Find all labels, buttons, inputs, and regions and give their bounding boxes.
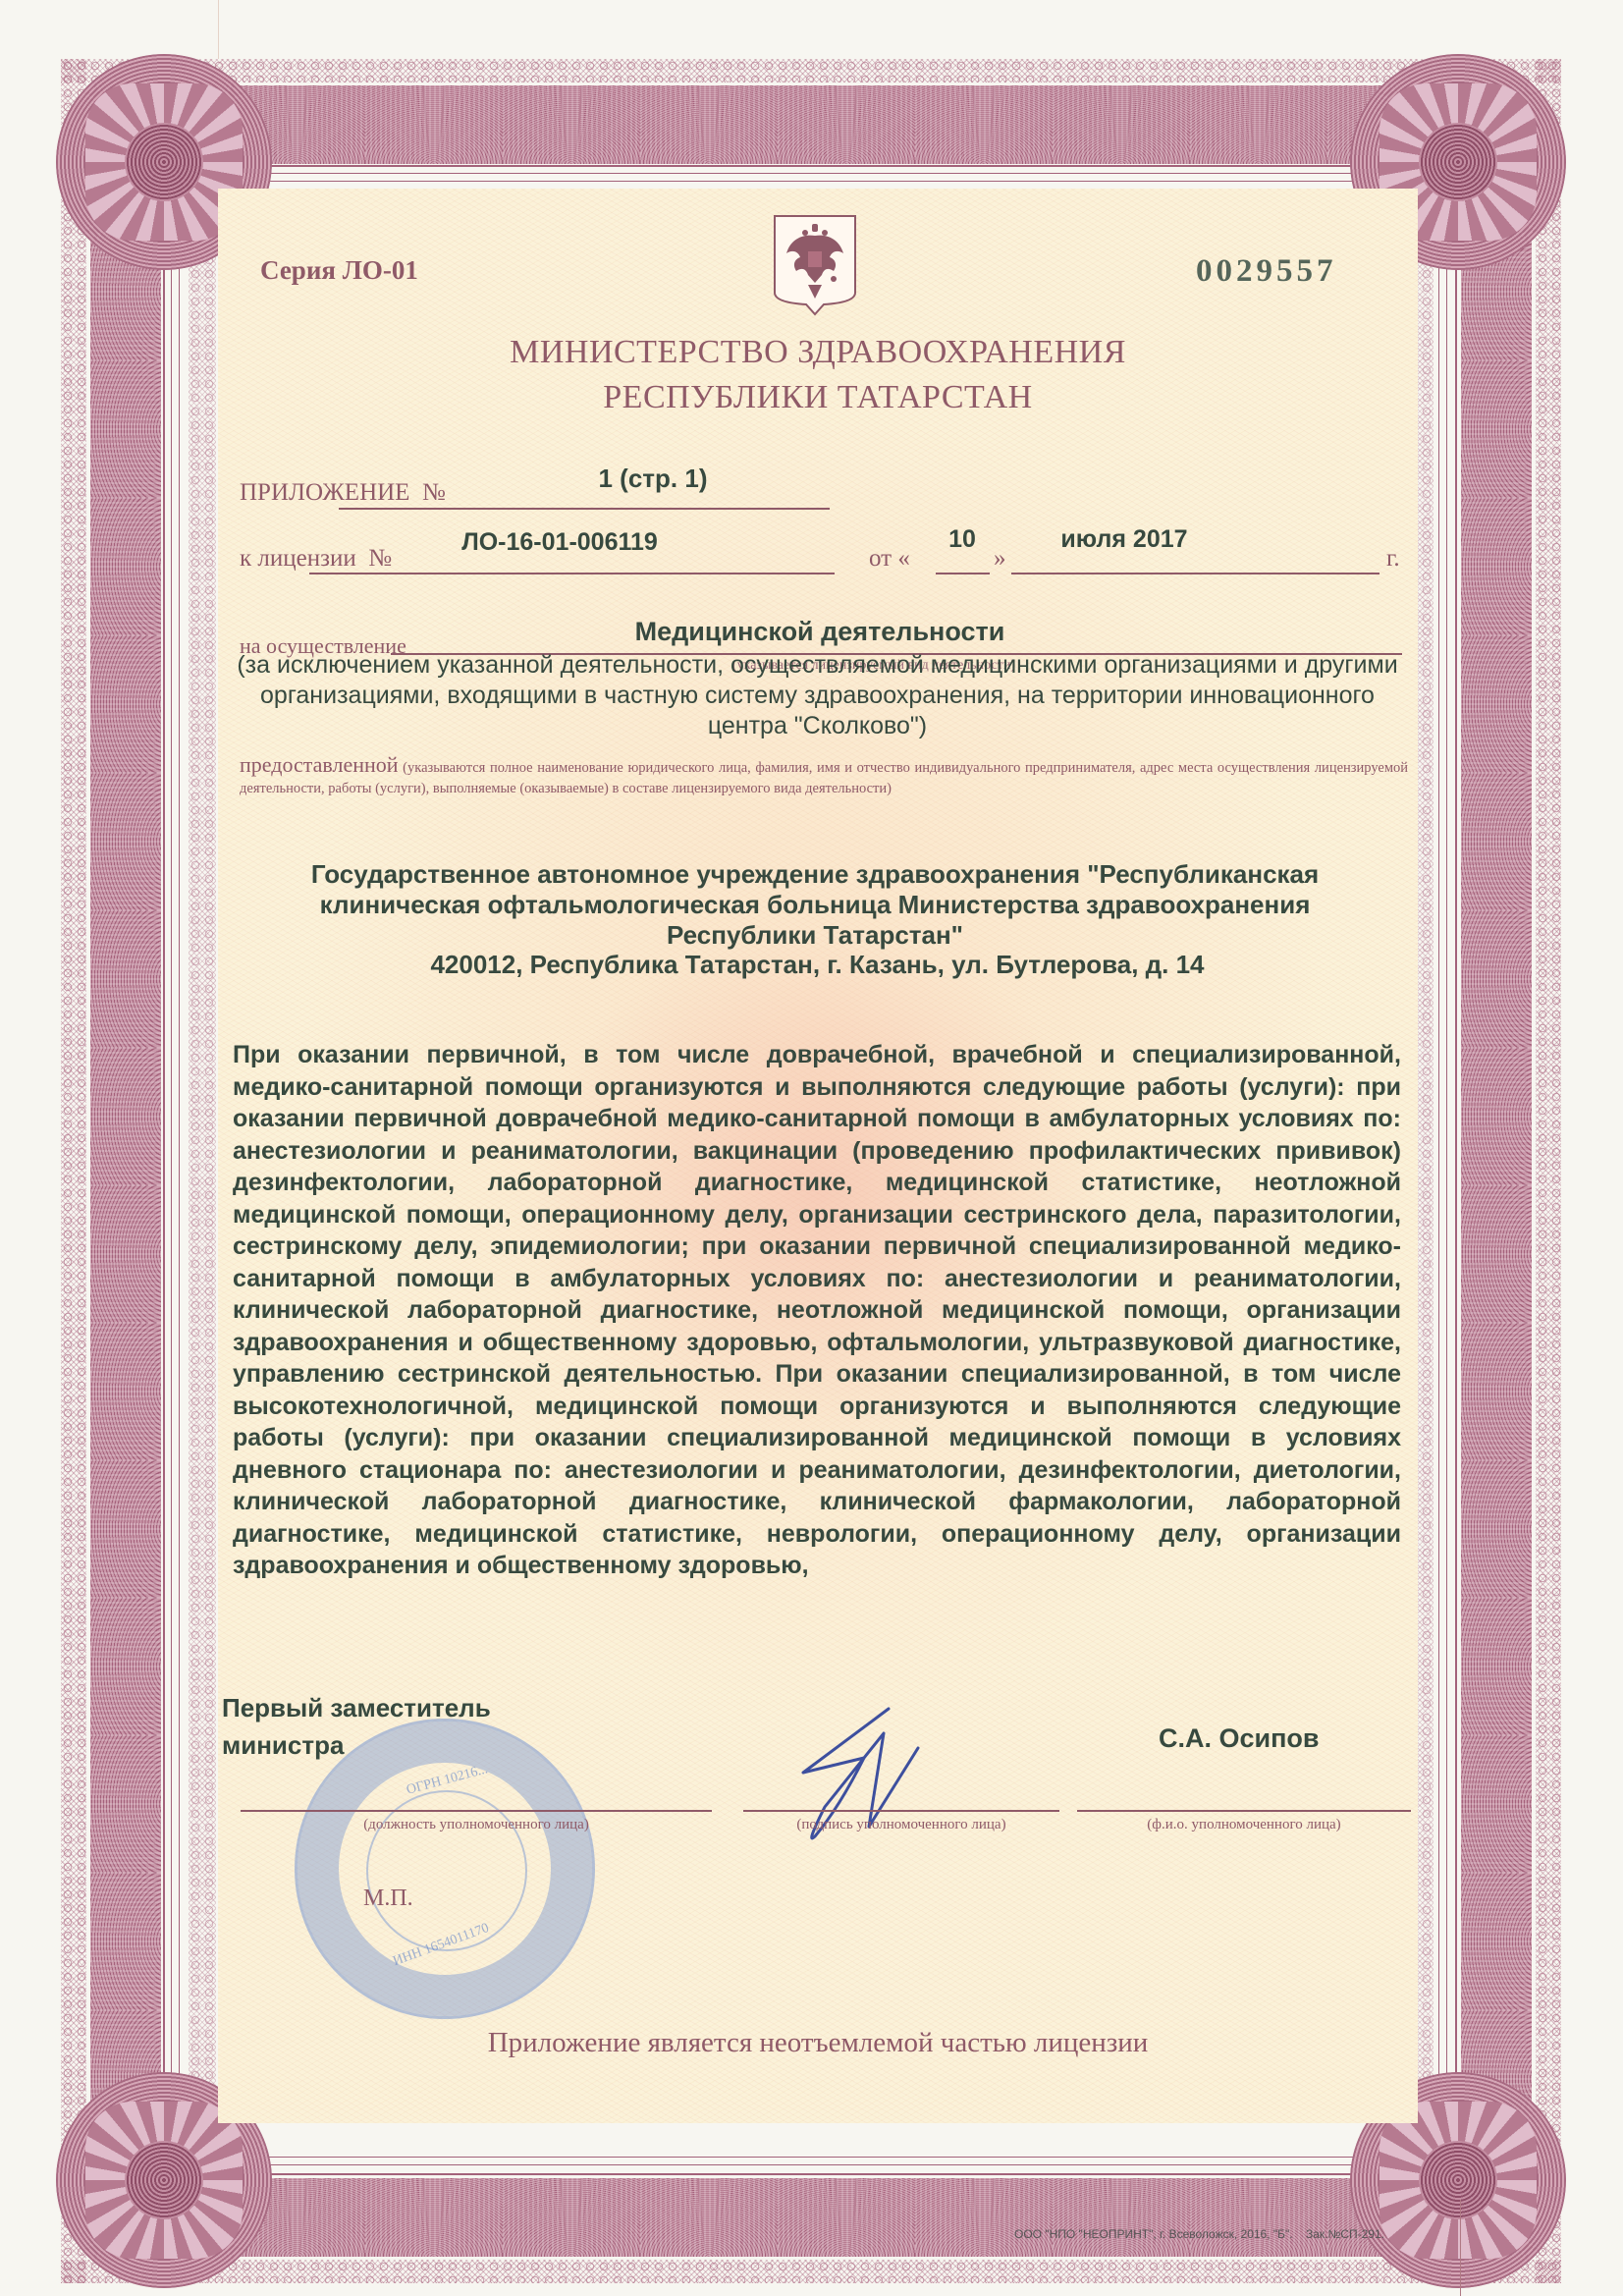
position-caption: (должность уполномоченного лица) (241, 1817, 712, 1833)
number-sign: № (368, 545, 392, 572)
signature-underline (743, 1810, 1059, 1812)
signatory-position: Первый заместитель министра (222, 1689, 491, 1764)
position-underline (241, 1810, 712, 1812)
printer-imprint: ООО "НПО "НЕОПРИНТ", г. Всеволожск, 2016… (1014, 2227, 1384, 2241)
license-number-underline (309, 573, 835, 574)
year-suffix: г. (1386, 545, 1400, 573)
frame-band-right (1461, 85, 1532, 2257)
number-sign: № (422, 479, 446, 506)
name-caption: (ф.и.о. уполномоченного лица) (1077, 1817, 1411, 1833)
license-month-year-value: июля 2017 (1041, 525, 1208, 554)
frame-lace-top (61, 59, 1561, 82)
provided-label: предоставленной (240, 752, 399, 777)
frame-lace-bottom (61, 2260, 1561, 2283)
frame-band-bottom (90, 2178, 1532, 2257)
license-date-from: от « (869, 545, 910, 573)
name-underline (1077, 1810, 1411, 1812)
frame-lace-right (1536, 59, 1561, 2283)
scan-fold-line (218, 0, 219, 59)
license-number-value: ЛО-16-01-006119 (412, 528, 707, 557)
organization-name: Государственное автономное учреждение зд… (245, 859, 1384, 951)
frame-lace-left (61, 59, 86, 2283)
appendix-label: ПРИЛОЖЕНИЕ № (240, 479, 446, 507)
day-underline (936, 573, 990, 574)
series-label: Серия ЛО-01 (260, 255, 418, 286)
signatory-position-line1: Первый заместитель (222, 1689, 491, 1726)
russian-coat-of-arms-icon (773, 214, 857, 316)
license-day-value: 10 (933, 525, 992, 554)
license-label-text: к лицензии (240, 545, 356, 572)
appendix-label-text: ПРИЛОЖЕНИЕ (240, 479, 409, 506)
frame-band-top (90, 85, 1532, 164)
appendix-number-underline (339, 508, 830, 510)
open-quote: « (897, 545, 910, 572)
close-quote: » (994, 545, 1006, 573)
frame-inner-lace-left (189, 185, 216, 2154)
ministry-name-line2: РЕСПУБЛИКИ ТАТАРСТАН (218, 379, 1418, 416)
activity-title: Медицинской деятельности (236, 617, 1404, 647)
license-label: к лицензии № (240, 545, 392, 573)
provided-caption: (указываются полное наименование юридиче… (240, 760, 1408, 796)
scan-fold-line (1460, 2200, 1461, 2296)
activity-exclusion-text: (за исключением указанной деятельности, … (236, 650, 1399, 741)
form-number: 0029557 (1196, 253, 1337, 290)
licensed-services-text: При оказании первичной, в том числе довр… (233, 1039, 1401, 1582)
organization-address: 420012, Республика Татарстан, г. Казань,… (236, 950, 1399, 980)
provided-block: предоставленной (указываются полное наим… (240, 754, 1408, 799)
signatory-name: С.А. Осипов (1159, 1723, 1320, 1754)
appendix-footer-note: Приложение является неотъемлемой частью … (218, 2027, 1418, 2059)
signatory-position-line2: министра (222, 1726, 491, 1764)
month-year-underline (1011, 573, 1380, 574)
seal-place-label: М.П. (363, 1886, 413, 1912)
seal-inner-ring (366, 1790, 527, 1951)
frame-band-left (90, 85, 161, 2257)
signature-caption: (подпись уполномоченного лица) (743, 1817, 1059, 1833)
ministry-name-line1: МИНИСТЕРСТВО ЗДРАВООХРАНЕНИЯ (218, 334, 1418, 371)
from-label: от (869, 545, 892, 572)
appendix-number-value: 1 (стр. 1) (550, 464, 756, 494)
